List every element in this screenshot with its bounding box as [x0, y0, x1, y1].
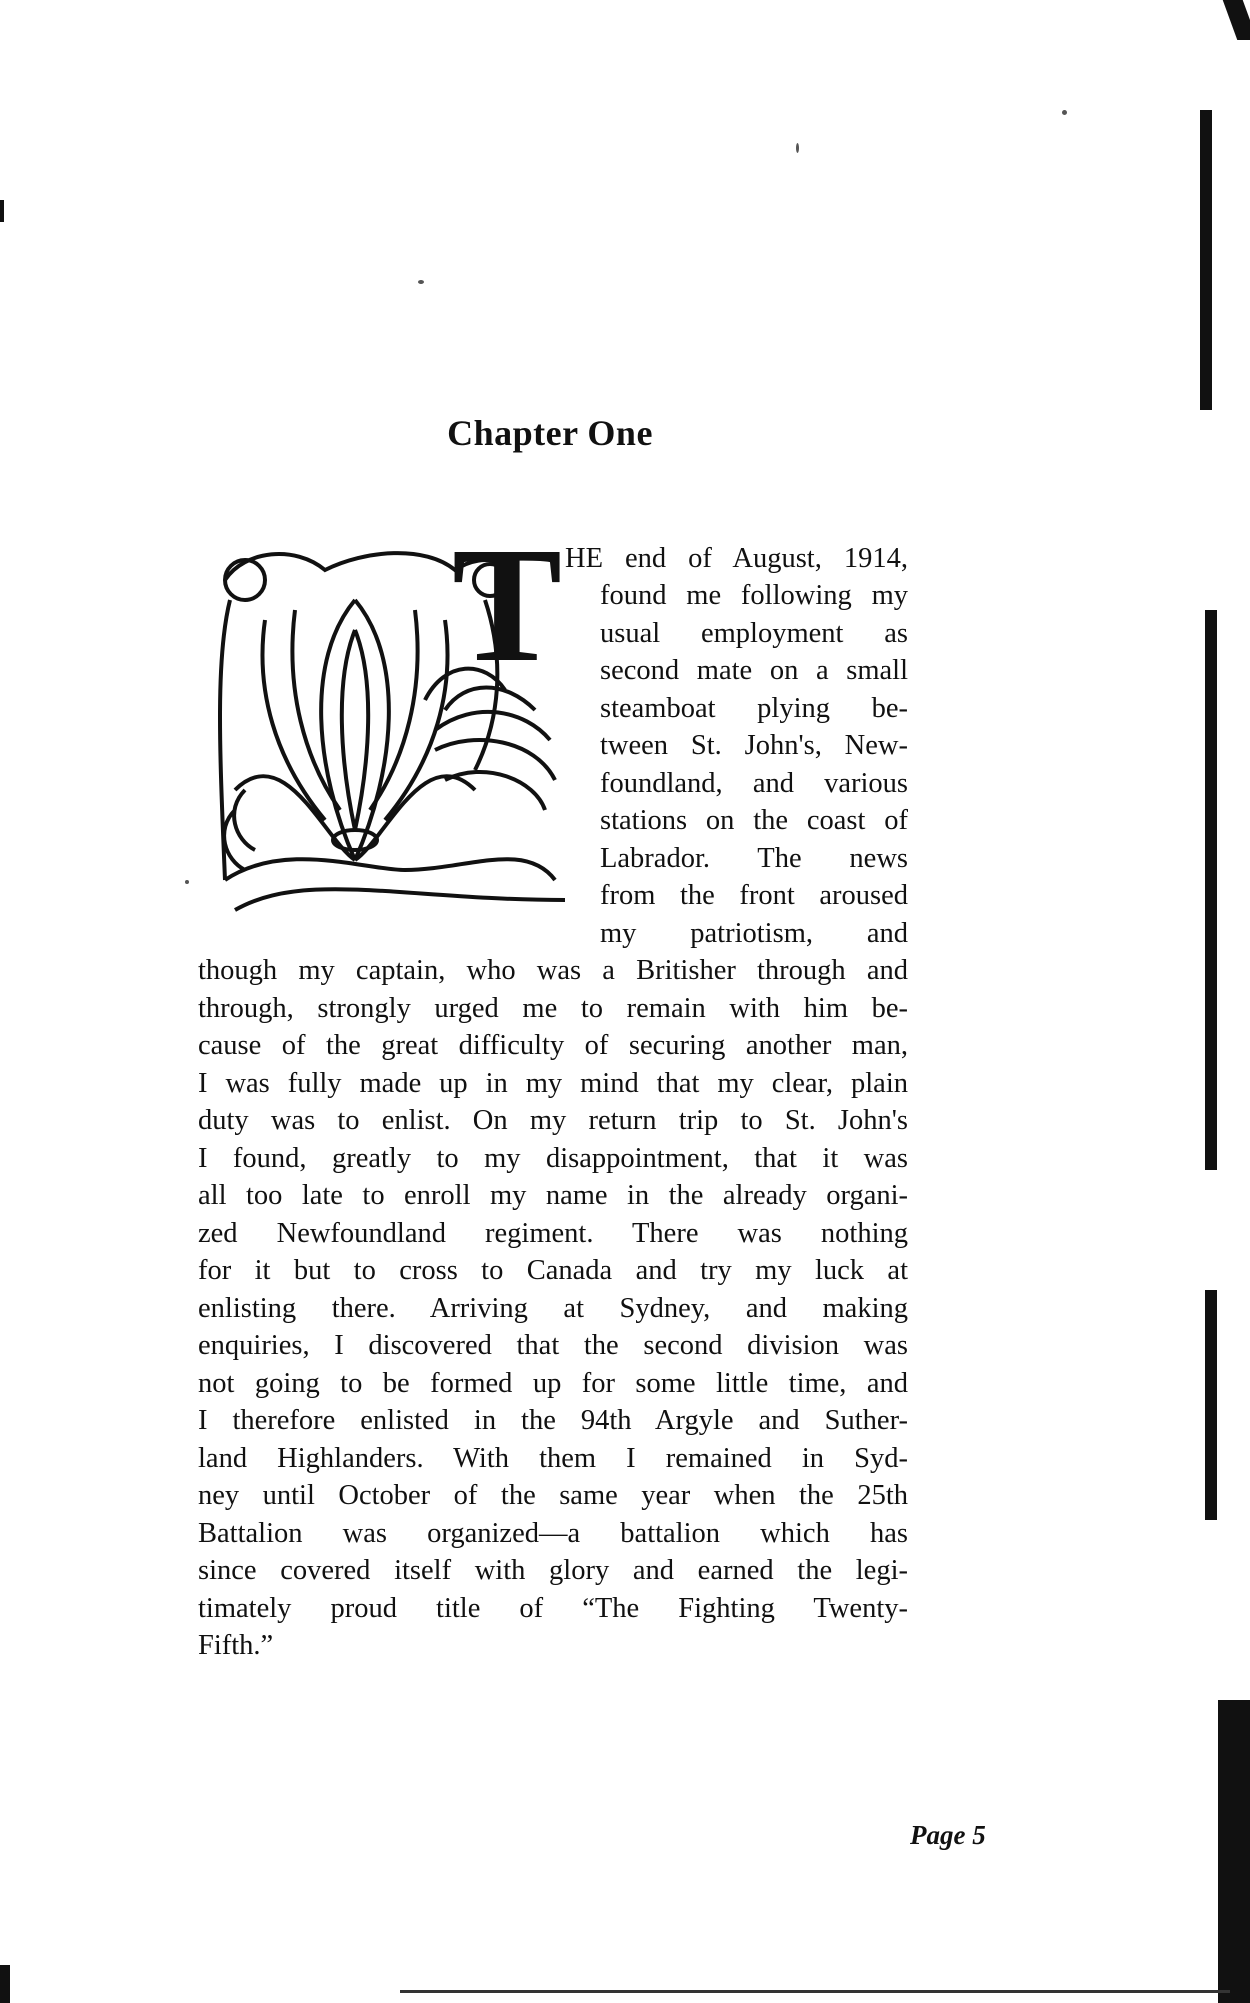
- scan-edge: [1205, 1290, 1217, 1520]
- text-line: usual employment as: [600, 615, 908, 652]
- text-line: from the front aroused: [600, 877, 908, 914]
- text-line: Battalion was organized—a battalion whic…: [198, 1515, 908, 1552]
- text-line: through, strongly urged me to remain wit…: [198, 990, 908, 1027]
- scan-speck: [796, 143, 799, 153]
- text-line: land Highlanders. With them I remained i…: [198, 1440, 908, 1477]
- text-line: my patriotism, and: [600, 915, 908, 952]
- text-line: timately proud title of “The Fighting Tw…: [198, 1590, 908, 1627]
- book-page: Chapter One T HE end of August,: [0, 0, 1250, 2003]
- scan-edge: [1205, 610, 1217, 1170]
- text-line: I was fully made up in my mind that my c…: [198, 1065, 908, 1102]
- text-line: all too late to enroll my name in the al…: [198, 1177, 908, 1214]
- text-line: Labrador. The news: [600, 840, 908, 877]
- text-line: I therefore enlisted in the 94th Argyle …: [198, 1402, 908, 1439]
- scan-speck: [185, 880, 189, 884]
- scan-speck: [418, 280, 424, 284]
- text-line: tween St. John's, New-: [600, 727, 908, 764]
- scan-edge: [1200, 110, 1212, 410]
- text-line: enlisting there. Arriving at Sydney, and…: [198, 1290, 908, 1327]
- text-line: ney until October of the same year when …: [198, 1477, 908, 1514]
- scan-edge: [0, 1965, 10, 2003]
- text-line: HE end of August, 1914,: [565, 540, 908, 577]
- text-line: stations on the coast of: [600, 802, 908, 839]
- chapter-title: Chapter One: [0, 412, 1100, 454]
- text-line: Fifth.”: [198, 1627, 398, 1664]
- text-line: I found, greatly to my disappointment, t…: [198, 1140, 908, 1177]
- text-line: for it but to cross to Canada and try my…: [198, 1252, 908, 1289]
- scan-edge: [1218, 1700, 1250, 2003]
- scan-edge: [0, 200, 4, 222]
- text-line: though my captain, who was a Britisher t…: [198, 952, 908, 989]
- text-line: enquiries, I discovered that the second …: [198, 1327, 908, 1364]
- text-line: cause of the great difficulty of securin…: [198, 1027, 908, 1064]
- scan-edge: [1223, 0, 1250, 40]
- text-line: duty was to enlist. On my return trip to…: [198, 1102, 908, 1139]
- text-line: not going to be formed up for some littl…: [198, 1365, 908, 1402]
- scan-edge: [400, 1990, 1230, 1993]
- page-number: Page 5: [910, 1820, 986, 1851]
- text-line: second mate on a small: [600, 652, 908, 689]
- text-line: steamboat plying be-: [600, 690, 908, 727]
- text-line: since covered itself with glory and earn…: [198, 1552, 908, 1589]
- scan-speck: [1062, 110, 1067, 115]
- text-line: found me following my: [600, 577, 908, 614]
- drop-cap-letter: T: [452, 530, 560, 680]
- text-line: foundland, and various: [600, 765, 908, 802]
- text-line: zed Newfoundland regiment. There was not…: [198, 1215, 908, 1252]
